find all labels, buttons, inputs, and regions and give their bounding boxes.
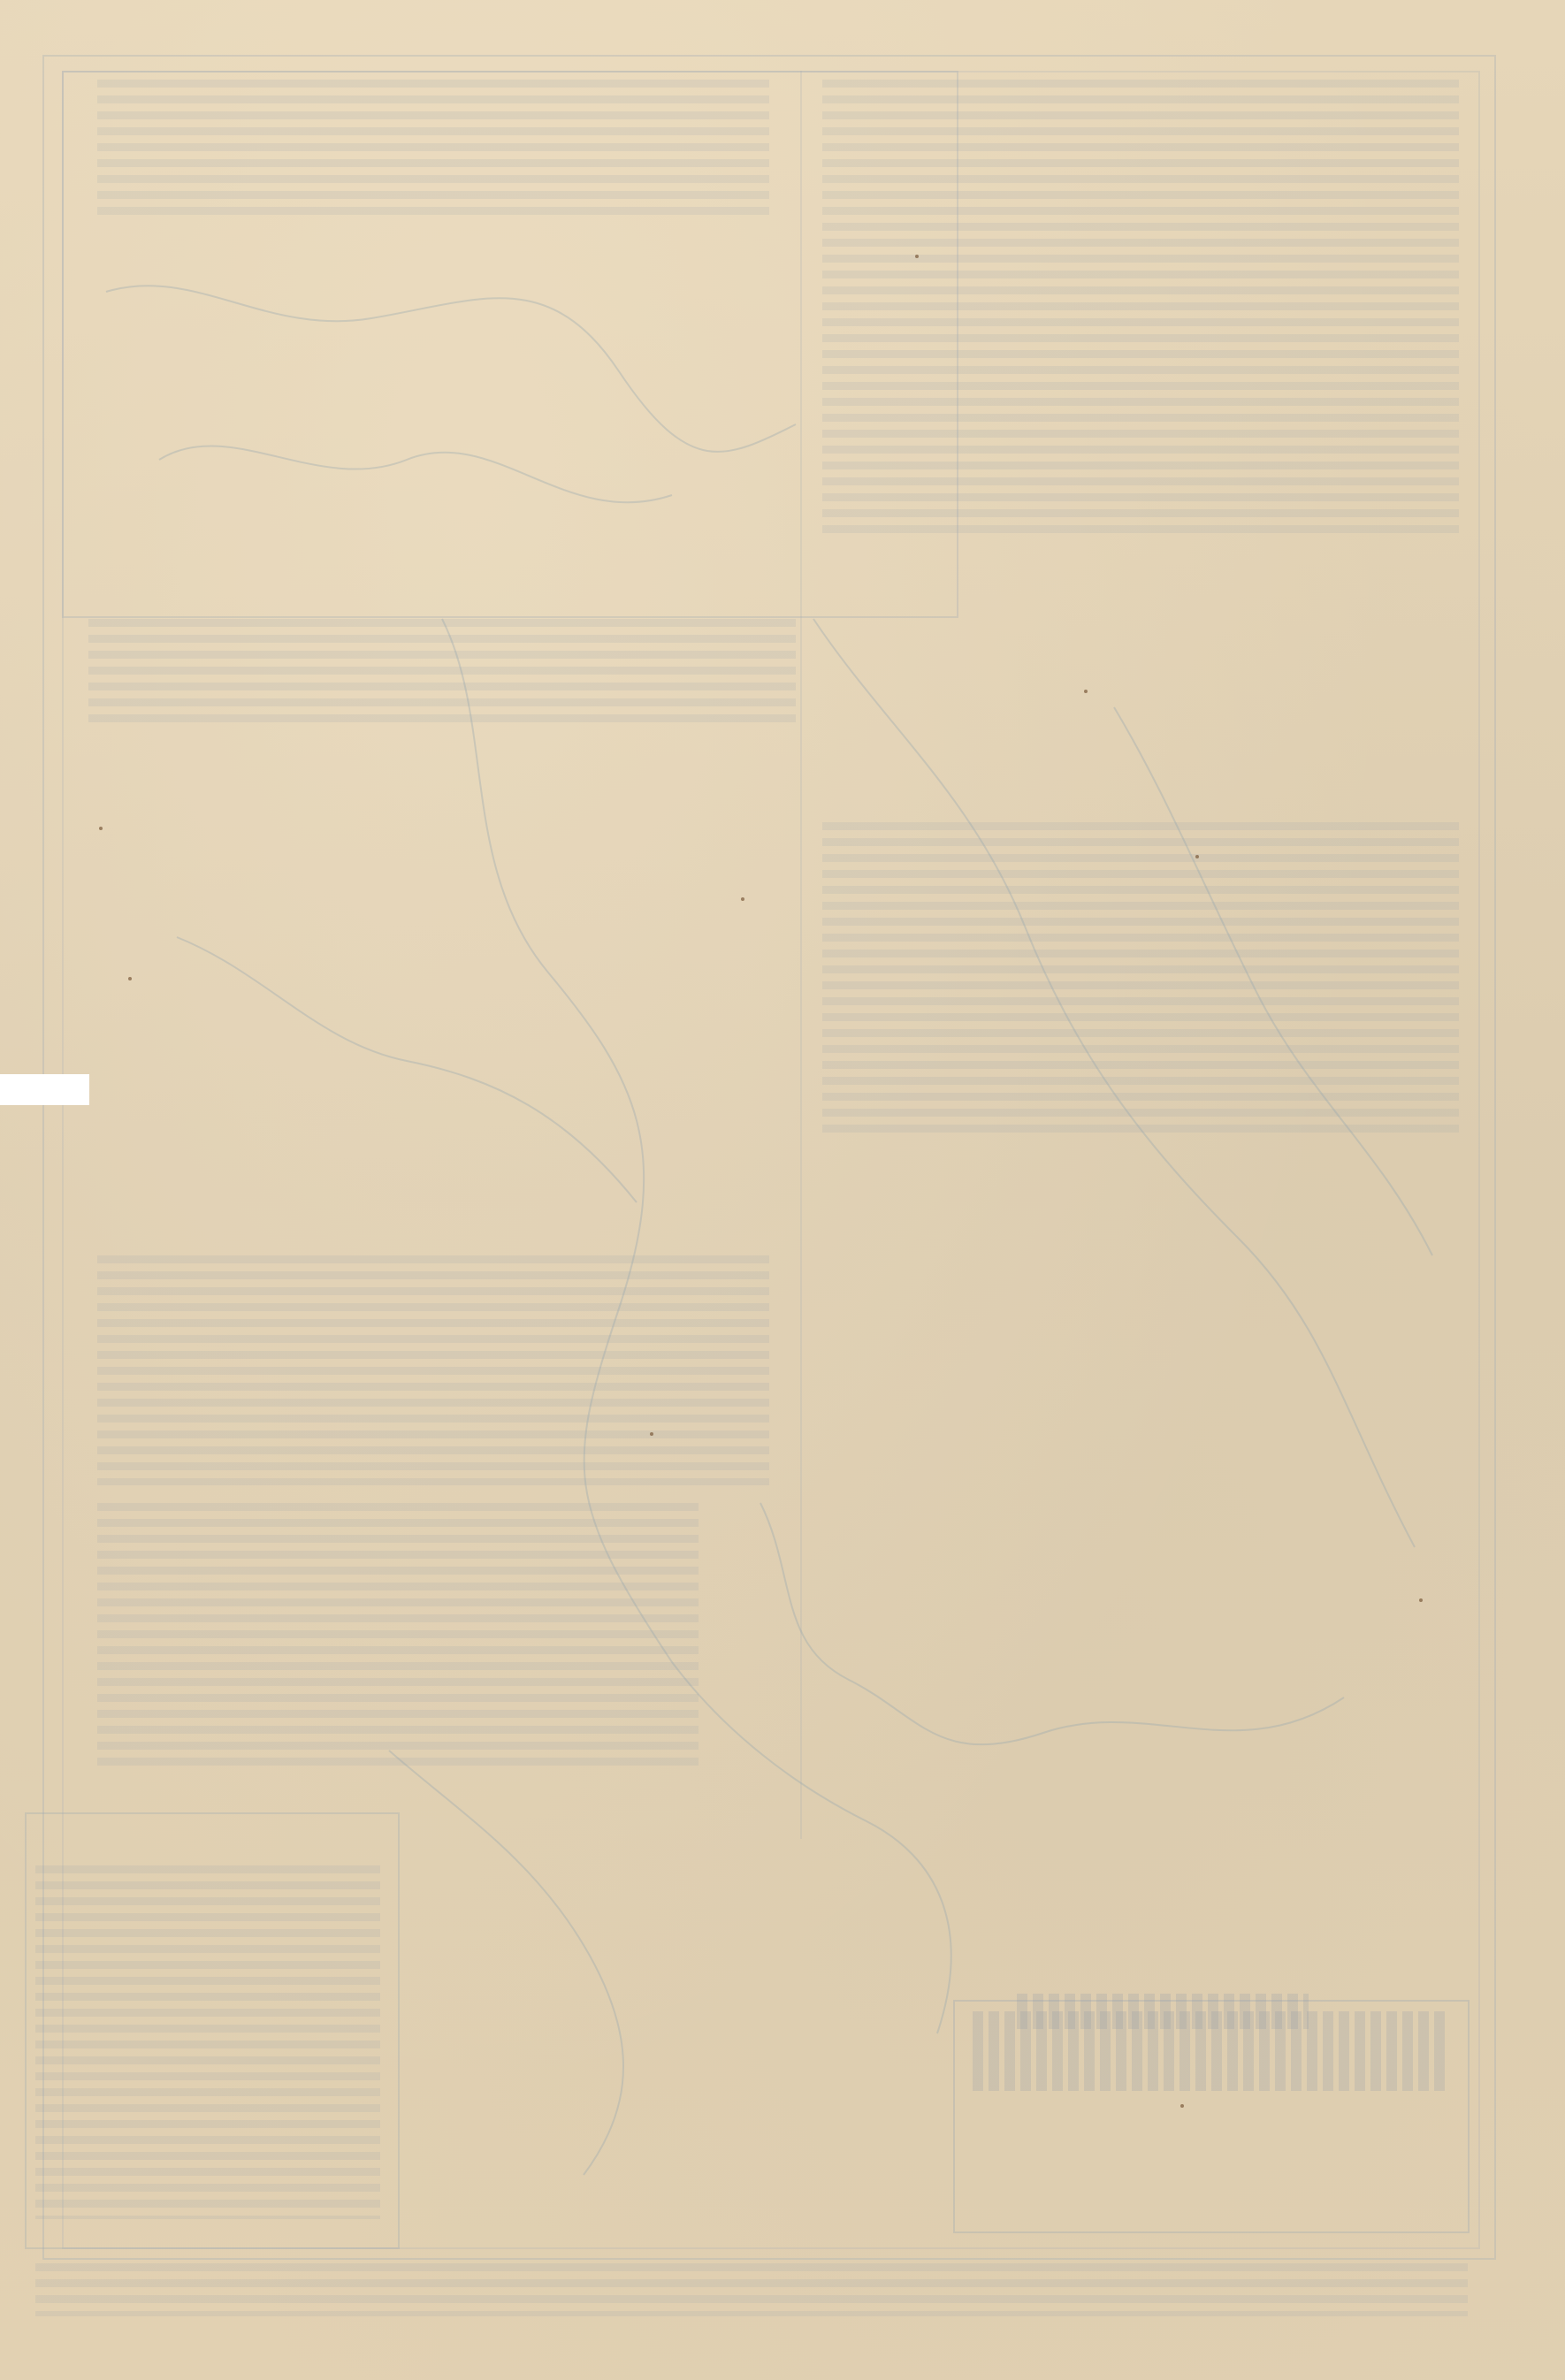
paper-speck: [99, 827, 103, 830]
paper-speck: [1084, 690, 1088, 693]
paper-speck: [1419, 1598, 1423, 1602]
cartouche-subtitle-line: [973, 2011, 1450, 2091]
paper-speck: [1180, 2104, 1184, 2108]
paper-speck: [650, 1432, 653, 1436]
paper-speck: [128, 977, 132, 980]
paper-speck: [741, 897, 744, 901]
paper-speck: [915, 255, 919, 258]
paper-speck: [1195, 855, 1199, 858]
white-redaction-bar: [0, 1074, 89, 1105]
footer-text: [35, 2263, 1468, 2316]
legend-text: [35, 1865, 380, 2219]
